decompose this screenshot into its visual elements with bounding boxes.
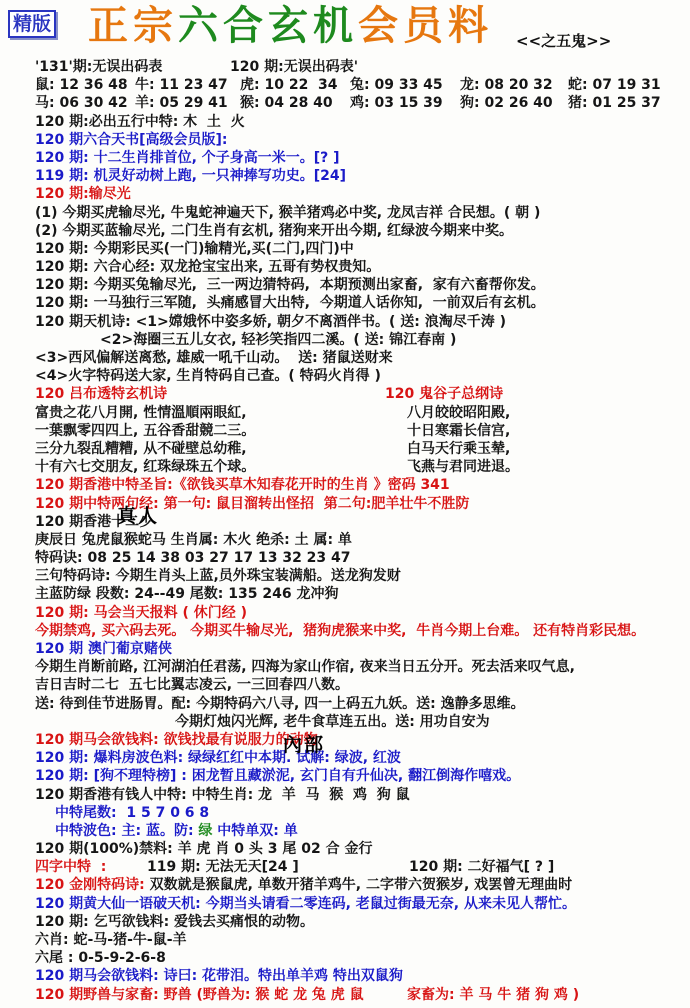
text-line: 特码诀: 08 25 14 38 03 27 17 13 32 23 47	[0, 549, 690, 567]
text-line: 吉日吉时二七 五七比翼志凌云, 一三回春四八数。	[0, 676, 690, 694]
text-line: 120 期: 十二生肖排首位, 个子身高一米一。[? ]	[0, 149, 690, 167]
text-line: '131'期:无误出码表120 期:无误出码表'	[0, 58, 690, 76]
text-segment: 白马天行乘玉辇,	[407, 440, 510, 458]
text-segment: 今期禁鸡, 买六码去死。 今期买牛输尽光, 猪狗虎猴来中奖, 牛肖今期上台难。 …	[35, 623, 645, 639]
text-segment: 120 期六合天书[高级会员版]:	[35, 132, 228, 148]
text-segment: 120 期: [狗不理特榜] : 困龙暂且藏淤泥, 玄门自有升仙决, 翻江倒海作…	[35, 768, 520, 784]
text-segment: 马: 06 30 42	[35, 94, 128, 112]
text-segment: 四字中特 :	[35, 858, 106, 876]
text-segment: 主蓝防绿 段数: 24--49 尾数: 135 246 龙冲狗	[35, 586, 338, 602]
text-segment: 富贵之花八月開, 性情溫順兩眼紅,	[35, 404, 247, 422]
text-segment: 蛇: 07 19 31	[568, 76, 661, 94]
text-segment: <4>火字特码送大家, 生肖特码自己查。( 特码火肖得 )	[35, 368, 381, 384]
text-line: 三分九裂乱糟糟, 从不碰壁总幼稚,白马天行乘玉辇,	[0, 440, 690, 458]
text-line: 四字中特 :119 期: 无法无天[24 ]120 期: 二好福气[ ? ]	[0, 858, 690, 876]
text-segment: 120 期天机诗: <1>嫦娥怀中姿多娇, 朝夕不离酒伴书。( 送: 浪淘尽千涛…	[35, 314, 506, 330]
text-line: 120 期六合天书[高级会员版]:	[0, 131, 690, 149]
text-segment: 120 期:必出五行中特: 木 土 火	[35, 114, 245, 130]
text-segment: 120 吕布透特玄机诗	[35, 385, 167, 403]
text-segment: 牛: 11 23 47	[135, 76, 228, 94]
text-segment: 120 期(100%)禁料: 羊 虎 肖 0 头 3 尾 02 合 金行	[35, 841, 372, 857]
text-segment: '131'期:无误出码表	[35, 58, 162, 76]
content-lines: '131'期:无误出码表120 期:无误出码表'鼠: 12 36 48牛: 11…	[0, 58, 690, 1004]
text-line: 120 期(100%)禁料: 羊 虎 肖 0 头 3 尾 02 合 金行	[0, 840, 690, 858]
text-line: 马: 06 30 42羊: 05 29 41猴: 04 28 40鸡: 03 1…	[0, 94, 690, 112]
text-line: 120 期: 今期彩民买(一门)输精光,买(二门,四门)中	[0, 240, 690, 258]
text-line: 十有六七交朋友, 红珠绿珠五个球。飞燕与君同进退。	[0, 458, 690, 476]
text-segment: 120 期香港有钱人中特: 中特生肖: 龙 羊 马 猴 鸡 狗 鼠	[35, 787, 410, 803]
text-line: 鼠: 12 36 48牛: 11 23 47虎: 10 22 34兔: 09 3…	[0, 76, 690, 94]
text-line: 120 期野兽与家畜: 野兽 (野兽为: 猴 蛇 龙 兔 虎 鼠家畜为: 羊 马…	[0, 986, 690, 1004]
text-line: 120 期马会欲钱料: 诗曰: 花带泪。特出单羊鸡 特出双鼠狗	[0, 967, 690, 985]
handwritten-overlay: 真人	[117, 507, 159, 525]
text-line: 120 期香港有钱人中特: 中特生肖: 龙 羊 马 猴 鸡 狗 鼠	[0, 786, 690, 804]
text-segment: 一葉飘零四四上, 五谷香甜競二三。	[35, 422, 255, 440]
text-line: 120 金刚特码诗: 双数就是猴鼠虎, 单数开猪羊鸡牛, 二字带六贺猴岁, 戏罢…	[0, 876, 690, 894]
text-segment: 120 期 澳门葡京赌侠	[35, 641, 172, 657]
text-line: 主蓝防绿 段数: 24--49 尾数: 135 246 龙冲狗	[0, 585, 690, 603]
text-segment: 119 期: 机灵好动树上跑, 一只神捧写功史。[24]	[35, 168, 346, 184]
text-segment: 120 期野兽与家畜: 野兽 (野兽为: 猴 蛇 龙 兔 虎 鼠	[35, 986, 364, 1004]
text-segment: 120 鬼谷子总纲诗	[385, 385, 503, 403]
edition-badge: 精版	[8, 10, 56, 38]
text-segment: 120 期: 今期买兔输尽光, 三一两边猜特码, 本期预测出家畜, 家有六畜帮你…	[35, 277, 545, 293]
text-line: <3>西风偏解送离愁, 雄威一吼千山动。 送: 猪鼠送财来	[0, 349, 690, 367]
page-title: 正宗六合玄机会员料	[88, 2, 493, 50]
text-line: 庚辰日 兔虎鼠猴蛇马 生肖属: 木火 绝杀: 土 属: 单	[0, 531, 690, 549]
text-segment: 飞燕与君同进退。	[407, 458, 519, 476]
text-segment: 120 期中特两句经: 第一句: 鼠目溜转出怪招 第二句:肥羊壮牛不胜防	[35, 496, 469, 512]
text-segment: (2) 今期买蓝输尽光, 二门生肖有玄机, 猪狗来开出今期, 红绿波今期来中奖。	[35, 223, 513, 239]
text-line: 送: 待到佳节进肠胃。配: 今期特码六八寻, 四一上码五九妖。送: 逸静多思维。	[0, 695, 690, 713]
text-line: 120 期: 爆料房波色料: 绿绿红红中本期. 试解: 绿波, 红波	[0, 749, 690, 767]
text-segment: 120 期马会欲钱料: 欲钱找最有说服力的动物	[35, 732, 318, 748]
title-segment: 会员料	[358, 3, 493, 49]
text-line: 120 期:输尽光	[0, 185, 690, 203]
text-line: 120 期香港中特圣旨:《欲钱买草木知春花开时的生肖 》密码 341	[0, 476, 690, 494]
text-line: 一葉飘零四四上, 五谷香甜競二三。十日寒霜长信宫,	[0, 422, 690, 440]
text-segment: 双数就是猴鼠虎, 单数开猪羊鸡牛, 二字带六贺猴岁, 戏罢曾无理曲时	[150, 877, 573, 893]
text-line: 119 期: 机灵好动树上跑, 一只神捧写功史。[24]	[0, 167, 690, 185]
text-segment: 中特波色: 主: 蓝。防:	[55, 823, 198, 839]
text-segment: (1) 今期买虎输尽光, 牛鬼蛇神遍天下, 猴羊猪鸡必中奖, 龙凤吉祥 合民想。…	[35, 205, 540, 221]
text-line: 120 期中特两句经: 第一句: 鼠目溜转出怪招 第二句:肥羊壮牛不胜防	[0, 495, 690, 513]
lottery-tip-sheet: 精版 正宗六合玄机会员料 <<之五鬼>> '131'期:无误出码表120 期:无…	[0, 0, 690, 1008]
text-segment: 猴: 04 28 40	[240, 94, 333, 112]
text-segment: 羊: 05 29 41	[135, 94, 228, 112]
text-segment: 家畜为: 羊 马 牛 猪 狗 鸡 )	[407, 986, 579, 1004]
text-segment: 120 金刚特码诗:	[35, 877, 150, 893]
text-line: 120 吕布透特玄机诗120 鬼谷子总纲诗	[0, 385, 690, 403]
title-suffix: <<之五鬼>>	[516, 30, 611, 51]
text-segment: 今期灯烛闪光辉, 老牛食草连五出。送: 用功自安为	[175, 714, 490, 730]
text-segment: 120 期黄大仙一语破天机: 今期当头请看二零连码, 老鼠过街最无奈, 从来未见…	[35, 896, 576, 912]
handwritten-overlay: 內部	[283, 736, 325, 754]
text-segment: 120 期:无误出码表'	[230, 58, 358, 76]
text-line: <4>火字特码送大家, 生肖特码自己查。( 特码火肖得 )	[0, 367, 690, 385]
text-line: 富贵之花八月開, 性情溫順兩眼紅,八月皎皎昭阳殿,	[0, 404, 690, 422]
title-segment: 六合玄机	[178, 3, 358, 49]
text-line: (2) 今期买蓝输尽光, 二门生肖有玄机, 猪狗来开出今期, 红绿波今期来中奖。	[0, 222, 690, 240]
text-line: 中特波色: 主: 蓝。防: 绿 中特单双: 单	[0, 822, 690, 840]
text-segment: 吉日吉时二七 五七比翼志凌云, 一三回春四八数。	[35, 677, 349, 693]
text-segment: 120 期: 六合心经: 双龙抢宝宝出来, 五哥有势权贵知。	[35, 259, 380, 275]
text-line: 120 期: 马会当天报料 ( 休门经 )	[0, 604, 690, 622]
text-segment: 鼠: 12 36 48	[35, 76, 128, 94]
text-segment: 中特单双: 单	[212, 823, 297, 839]
text-segment: 119 期: 无法无天[24 ]	[147, 858, 299, 876]
text-segment: 六肖: 蛇-马-猪-牛-鼠-羊	[35, 932, 187, 948]
text-segment: 三分九裂乱糟糟, 从不碰壁总幼稚,	[35, 440, 247, 458]
text-segment: 送: 待到佳节进肠胃。配: 今期特码六八寻, 四一上码五九妖。送: 逸静多思维。	[35, 696, 525, 712]
text-line: 120 期: 一马独行三军随, 头痛感冒大出特, 今期道人话你知, 一前双后有玄…	[0, 294, 690, 312]
text-segment: 庚辰日 兔虎鼠猴蛇马 生肖属: 木火 绝杀: 土 属: 单	[35, 532, 352, 548]
text-segment: <3>西风偏解送离愁, 雄威一吼千山动。 送: 猪鼠送财来	[35, 350, 393, 366]
text-segment: 特码诀: 08 25 14 38 03 27 17 13 32 23 47	[35, 550, 351, 566]
text-line: 120 期香港十二少真人	[0, 513, 690, 531]
text-line: 中特尾数: 1 5 7 0 6 8	[0, 804, 690, 822]
text-segment: 120 期: 乞丐欲钱料: 爱钱去买痛恨的动物。	[35, 914, 314, 930]
text-line: 120 期黄大仙一语破天机: 今期当头请看二零连码, 老鼠过街最无奈, 从来未见…	[0, 895, 690, 913]
text-segment: 120 期马会欲钱料: 诗曰: 花带泪。特出单羊鸡 特出双鼠狗	[35, 968, 403, 984]
page-header: 精版 正宗六合玄机会员料 <<之五鬼>>	[0, 0, 690, 58]
text-segment: 120 期香港中特圣旨:《欲钱买草木知春花开时的生肖 》密码 341	[35, 477, 450, 493]
text-segment: 龙: 08 20 32	[460, 76, 553, 94]
text-segment: 中特尾数: 1 5 7 0 6 8	[55, 805, 209, 821]
text-line: 今期生肖断前路, 江河湖泊任君荡, 四海为家山作宿, 夜来当日五分开。死去活来叹…	[0, 658, 690, 676]
text-line: 120 期: [狗不理特榜] : 困龙暂且藏淤泥, 玄门自有升仙决, 翻江倒海作…	[0, 767, 690, 785]
text-line: 120 期: 六合心经: 双龙抢宝宝出来, 五哥有势权贵知。	[0, 258, 690, 276]
text-segment: 120 期: 二好福气[ ? ]	[409, 858, 554, 876]
text-segment: 十日寒霜长信宫,	[407, 422, 510, 440]
text-line: (1) 今期买虎输尽光, 牛鬼蛇神遍天下, 猴羊猪鸡必中奖, 龙凤吉祥 合民想。…	[0, 204, 690, 222]
text-line: 今期禁鸡, 买六码去死。 今期买牛输尽光, 猪狗虎猴来中奖, 牛肖今期上台难。 …	[0, 622, 690, 640]
text-segment: 兔: 09 33 45	[350, 76, 443, 94]
text-line: 120 期天机诗: <1>嫦娥怀中姿多娇, 朝夕不离酒伴书。( 送: 浪淘尽千涛…	[0, 313, 690, 331]
text-line: 今期灯烛闪光辉, 老牛食草连五出。送: 用功自安为	[0, 713, 690, 731]
text-line: 120 期:必出五行中特: 木 土 火	[0, 113, 690, 131]
text-segment: 鸡: 03 15 39	[350, 94, 443, 112]
text-segment: 120 期:输尽光	[35, 186, 131, 202]
text-line: <2>海圈三五儿女衣, 轻衫笑指四二溪。( 送: 锦江春南 )	[0, 331, 690, 349]
text-segment: 120 期: 一马独行三军随, 头痛感冒大出特, 今期道人话你知, 一前双后有玄…	[35, 295, 545, 311]
text-segment: 虎: 10 22 34	[240, 76, 338, 94]
text-segment: 八月皎皎昭阳殿,	[407, 404, 510, 422]
text-segment: 猪: 01 25 37	[568, 94, 661, 112]
text-line: 120 期: 今期买兔输尽光, 三一两边猜特码, 本期预测出家畜, 家有六畜帮你…	[0, 276, 690, 294]
text-line: 120 期马会欲钱料: 欲钱找最有说服力的动物內部	[0, 731, 690, 749]
text-segment: 十有六七交朋友, 红珠绿珠五个球。	[35, 458, 255, 476]
text-segment: 三句特码诗: 今期生肖头上蓝,员外珠宝装满船。送龙狗发财	[35, 568, 401, 584]
text-line: 120 期: 乞丐欲钱料: 爱钱去买痛恨的动物。	[0, 913, 690, 931]
text-segment: 狗: 02 26 40	[460, 94, 553, 112]
text-segment: 120 期: 马会当天报料 ( 休门经 )	[35, 605, 247, 621]
text-line: 六肖: 蛇-马-猪-牛-鼠-羊	[0, 931, 690, 949]
text-segment: 六尾 : 0-5-9-2-6-8	[35, 950, 166, 966]
text-line: 三句特码诗: 今期生肖头上蓝,员外珠宝装满船。送龙狗发财	[0, 567, 690, 585]
text-segment: 120 期: 爆料房波色料: 绿绿红红中本期. 试解: 绿波, 红波	[35, 750, 401, 766]
title-segment: 正宗	[88, 3, 178, 49]
text-segment: 120 期: 今期彩民买(一门)输精光,买(二门,四门)中	[35, 241, 354, 257]
text-line: 六尾 : 0-5-9-2-6-8	[0, 949, 690, 967]
text-segment: 今期生肖断前路, 江河湖泊任君荡, 四海为家山作宿, 夜来当日五分开。死去活来叹…	[35, 659, 575, 675]
text-line: 120 期 澳门葡京赌侠	[0, 640, 690, 658]
text-segment: 120 期: 十二生肖排首位, 个子身高一米一。[? ]	[35, 150, 340, 166]
text-segment: 绿	[198, 823, 212, 839]
text-segment: <2>海圈三五儿女衣, 轻衫笑指四二溪。( 送: 锦江春南 )	[100, 332, 456, 348]
